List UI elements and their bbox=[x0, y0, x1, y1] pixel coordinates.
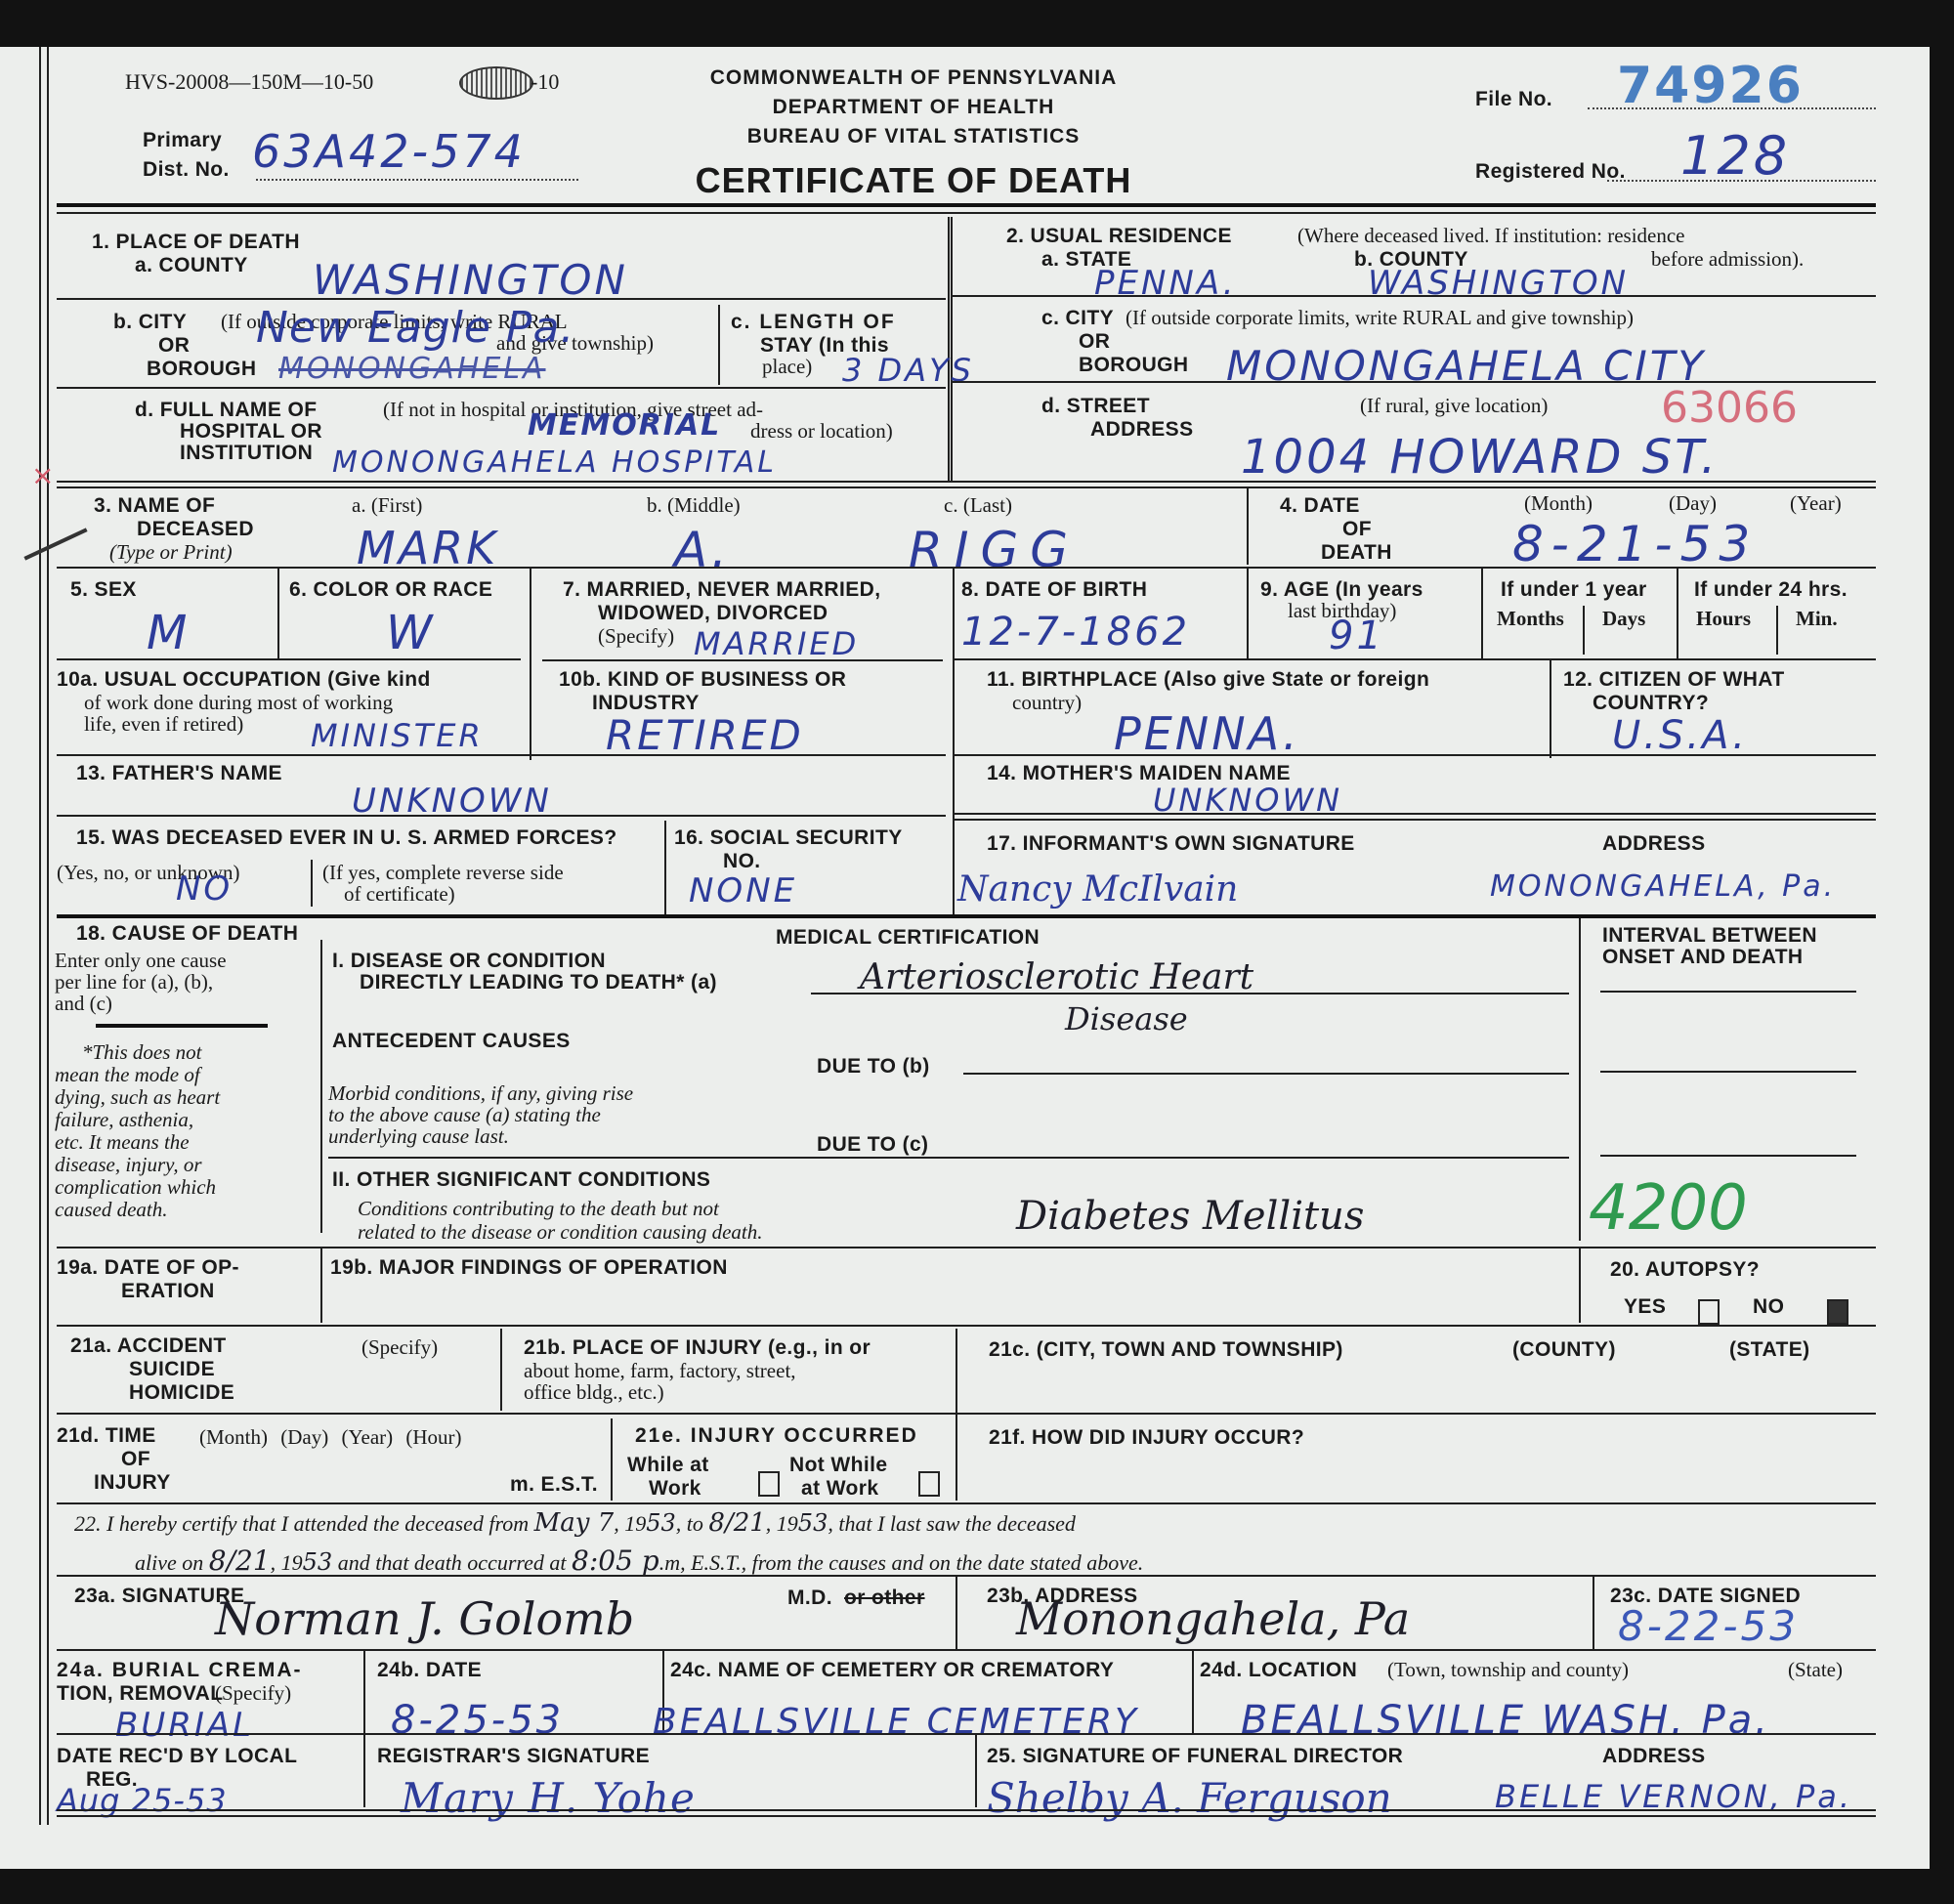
operation-findings-label: 19b. MAJOR FINDINGS OF OPERATION bbox=[330, 1256, 728, 1279]
marital-label-2: WIDOWED, DIVORCED bbox=[598, 602, 828, 624]
armed-forces-value: NO bbox=[176, 869, 233, 909]
rule bbox=[57, 1575, 1876, 1577]
morbid-3: underlying cause last. bbox=[328, 1125, 509, 1148]
race-label: 6. COLOR OR RACE bbox=[289, 578, 492, 601]
how-injury-label: 21f. HOW DID INJURY OCCUR? bbox=[989, 1426, 1304, 1449]
certify-text: , to bbox=[676, 1511, 703, 1536]
divider bbox=[718, 305, 720, 385]
armed-sub-2b: of certificate) bbox=[344, 883, 455, 906]
cause-note-line: mean the mode of bbox=[55, 1064, 311, 1086]
accident-specify: (Specify) bbox=[361, 1336, 438, 1359]
physician-signature-value: Norman J. Golomb bbox=[215, 1592, 634, 1645]
certify-text: .m, E.S.T., from the causes and on the d… bbox=[659, 1550, 1144, 1575]
time-of-death-value: 8:05 p bbox=[572, 1544, 659, 1577]
dod-year-label: (Year) bbox=[1790, 492, 1842, 515]
interval-line-a bbox=[1600, 991, 1856, 993]
header-rule bbox=[57, 203, 1876, 207]
last-name-label: c. (Last) bbox=[944, 494, 1012, 517]
other-note-1: Conditions contributing to the death but… bbox=[358, 1198, 719, 1220]
cause-note-line: *This does not bbox=[55, 1041, 311, 1064]
citizen-value: U.S.A. bbox=[1612, 713, 1748, 758]
min-label: Min. bbox=[1796, 608, 1838, 630]
rule bbox=[57, 914, 1876, 918]
autopsy-no-checkbox-checked[interactable] bbox=[1827, 1299, 1848, 1325]
rule bbox=[57, 1649, 1876, 1651]
rule bbox=[96, 1024, 268, 1028]
cause-note-line: disease, injury, or bbox=[55, 1154, 311, 1176]
street-address-value: 1004 HOWARD ST. bbox=[1241, 430, 1719, 485]
due-to-c-label: DUE TO (c) bbox=[817, 1133, 928, 1156]
divider bbox=[1776, 606, 1778, 655]
residence-county-value: WASHINGTON bbox=[1368, 264, 1629, 303]
department: DEPARTMENT OF HEALTH bbox=[0, 96, 1827, 119]
autopsy-label: 20. AUTOPSY? bbox=[1610, 1258, 1760, 1281]
hospital-insert-value: MEMORIAL bbox=[528, 408, 721, 443]
residence-note-2: before admission). bbox=[1651, 248, 1804, 271]
certify-text: , 19 bbox=[614, 1511, 646, 1536]
informant-address-value: MONONGAHELA, Pa. bbox=[1490, 869, 1836, 904]
divider bbox=[948, 217, 953, 483]
age-label-1: 9. AGE (In years bbox=[1260, 578, 1423, 601]
accident-label-1: 21a. ACCIDENT bbox=[70, 1334, 227, 1357]
time-injury-label-1: 21d. TIME bbox=[57, 1424, 156, 1447]
hours-label: Hours bbox=[1696, 608, 1751, 630]
disposition-value: BURIAL bbox=[115, 1706, 254, 1745]
registered-no-value: 128 bbox=[1680, 125, 1790, 187]
street-note: (If rural, give location) bbox=[1360, 395, 1548, 417]
rule bbox=[57, 815, 946, 817]
dod-label-3: DEATH bbox=[1321, 541, 1392, 564]
hospital-label-1: d. FULL NAME OF bbox=[135, 399, 317, 421]
marital-label-1: 7. MARRIED, NEVER MARRIED, bbox=[563, 578, 880, 601]
residence-state-value: PENNA. bbox=[1094, 264, 1237, 303]
length-of-stay-value: 3 DAYS bbox=[842, 352, 974, 389]
burial-date-label: 24b. DATE bbox=[377, 1659, 482, 1681]
place-injury-label-1: 21b. PLACE OF INJURY (e.g., in or bbox=[524, 1336, 871, 1359]
birthplace-label-2: country) bbox=[1012, 692, 1082, 714]
under-1-year-label: If under 1 year bbox=[1501, 578, 1647, 601]
ssn-label-2: NO. bbox=[723, 850, 761, 872]
name-label-1: 3. NAME OF bbox=[94, 494, 215, 517]
months-label: Months bbox=[1497, 608, 1564, 630]
divider bbox=[1550, 660, 1551, 758]
attended-from-value: May 7 bbox=[534, 1508, 615, 1538]
attended-to-year-value: 53 bbox=[798, 1509, 828, 1537]
divider bbox=[953, 660, 955, 758]
residence-city-note: (If outside corporate limits, write RURA… bbox=[1126, 307, 1634, 329]
burial-date-value: 8-25-53 bbox=[391, 1698, 564, 1743]
certify-text: , that I last saw the deceased bbox=[828, 1511, 1076, 1536]
hospital-note-2: dress or location) bbox=[750, 420, 893, 443]
middle-name-label: b. (Middle) bbox=[647, 494, 741, 517]
stay-label-1: c. LENGTH OF bbox=[731, 311, 896, 333]
injury-state-label: (STATE) bbox=[1729, 1338, 1810, 1361]
cemetery-value: BEALLSVILLE CEMETERY bbox=[653, 1702, 1139, 1742]
divider bbox=[320, 1248, 322, 1323]
dod-day-label: (Day) bbox=[1669, 492, 1717, 515]
due-to-b-label: DUE TO (b) bbox=[817, 1055, 930, 1078]
hospital-value: MONONGAHELA HOSPITAL bbox=[332, 445, 777, 480]
cause-instr-2: per line for (a), (b), bbox=[55, 971, 213, 994]
rule bbox=[953, 754, 1876, 756]
dod-month-label: (Month) bbox=[1524, 492, 1593, 515]
marital-value: MARRIED bbox=[694, 625, 859, 662]
first-name-label: a. (First) bbox=[352, 494, 422, 517]
mest-label: m. E.S.T. bbox=[510, 1473, 598, 1496]
father-label: 13. FATHER'S NAME bbox=[76, 762, 282, 784]
street-label-2: ADDRESS bbox=[1090, 418, 1193, 441]
certify-text: and that death occurred at bbox=[338, 1550, 567, 1575]
dod-label-2: OF bbox=[1342, 518, 1372, 540]
divider bbox=[320, 940, 322, 1233]
autopsy-yes-checkbox[interactable] bbox=[1698, 1299, 1720, 1325]
rule bbox=[57, 658, 521, 660]
divider bbox=[975, 1735, 977, 1807]
while-at-work-checkbox[interactable] bbox=[758, 1471, 780, 1497]
divider bbox=[953, 569, 955, 658]
residence-city-or: OR bbox=[1079, 330, 1110, 353]
cause-note-line: complication which bbox=[55, 1176, 311, 1199]
red-x-mark: × bbox=[31, 459, 54, 491]
disease-label-1: I. DISEASE OR CONDITION bbox=[332, 950, 606, 972]
date-of-birth-value: 12-7-1862 bbox=[961, 610, 1190, 655]
interval-label-1: INTERVAL BETWEEN bbox=[1602, 924, 1817, 947]
burial-type-specify: (Specify) bbox=[215, 1682, 291, 1705]
cause-label: 18. CAUSE OF DEATH bbox=[76, 922, 298, 945]
place-of-death-label: 1. PLACE OF DEATH bbox=[92, 231, 300, 253]
divider bbox=[1247, 487, 1249, 565]
location-state-label: (State) bbox=[1788, 1659, 1843, 1681]
funeral-director-label: 25. SIGNATURE OF FUNERAL DIRECTOR bbox=[987, 1745, 1403, 1767]
date-signed-value: 8-22-53 bbox=[1618, 1602, 1799, 1650]
disease-value-2: Disease bbox=[1065, 1000, 1188, 1037]
rule bbox=[57, 1733, 1876, 1735]
dod-label-1: 4. DATE bbox=[1280, 494, 1360, 517]
rule bbox=[57, 1502, 1876, 1504]
occupation-label-2: of work done during most of working bbox=[84, 692, 393, 714]
age-value: 91 bbox=[1329, 614, 1384, 658]
injury-occurred-label: 21e. INJURY OCCURRED bbox=[635, 1424, 918, 1447]
last-name-value: RIGG bbox=[909, 522, 1080, 578]
commonwealth: COMMONWEALTH OF PENNSYLVANIA bbox=[0, 66, 1827, 90]
cause-note-line: dying, such as heart bbox=[55, 1086, 311, 1109]
left-margin-rule bbox=[39, 47, 49, 1825]
rule bbox=[57, 298, 946, 300]
place-injury-label-2: about home, farm, factory, street, bbox=[524, 1360, 796, 1382]
city-label: b. CITY bbox=[113, 311, 187, 333]
divider bbox=[1579, 918, 1581, 1241]
rule bbox=[953, 658, 1876, 660]
cause-note: *This does not mean the mode of dying, s… bbox=[55, 1041, 311, 1221]
business-value: RETIRED bbox=[606, 711, 804, 759]
disease-value-1: Arteriosclerotic Heart bbox=[860, 957, 1253, 997]
place-injury-label-3: office bldg., etc.) bbox=[524, 1381, 664, 1404]
certify-line-1: 22. I hereby certify that I attended the… bbox=[74, 1512, 1076, 1535]
not-work-1: Not While bbox=[789, 1454, 887, 1476]
injury-city-label: 21c. (CITY, TOWN AND TOWNSHIP) bbox=[989, 1338, 1343, 1361]
divider bbox=[611, 1418, 613, 1501]
middle-name-value: A. bbox=[674, 522, 730, 578]
ssn-label-1: 16. SOCIAL SECURITY bbox=[674, 826, 903, 849]
divider bbox=[956, 1329, 957, 1501]
birthplace-label-1: 11. BIRTHPLACE (Also give State or forei… bbox=[987, 668, 1429, 691]
autopsy-yes-label: YES bbox=[1624, 1295, 1666, 1318]
burial-type-label-2: TION, REMOVAL bbox=[57, 1682, 223, 1705]
disease-label-2: DIRECTLY LEADING TO DEATH* (a) bbox=[360, 971, 717, 994]
rule bbox=[57, 1247, 1876, 1248]
days-label: Days bbox=[1602, 608, 1645, 630]
while-work-1: While at bbox=[627, 1454, 709, 1476]
registered-no-label: Registered No. bbox=[1475, 160, 1626, 183]
accident-label-3: HOMICIDE bbox=[129, 1381, 234, 1404]
cause-instr-1: Enter only one cause bbox=[55, 950, 227, 972]
dob-label: 8. DATE OF BIRTH bbox=[961, 578, 1147, 601]
city-borough: BOROUGH bbox=[147, 358, 256, 380]
hospital-label-2: HOSPITAL OR bbox=[180, 420, 322, 443]
divider bbox=[277, 569, 279, 658]
other-note-2: related to the disease or condition caus… bbox=[358, 1221, 763, 1244]
header-rule-2 bbox=[57, 212, 1876, 214]
city-or: OR bbox=[158, 334, 190, 357]
death-county-value: WASHINGTON bbox=[313, 256, 628, 304]
residence-city-borough: BOROUGH bbox=[1079, 354, 1188, 376]
accident-label-2: SUICIDE bbox=[129, 1358, 215, 1380]
sex-value: M bbox=[147, 606, 190, 660]
file-no-value: 74926 bbox=[1617, 57, 1804, 115]
divider bbox=[500, 1329, 502, 1411]
time-injury-columns: (Month) (Day) (Year) (Hour) bbox=[199, 1426, 462, 1449]
divider bbox=[664, 821, 666, 914]
burial-type-label-1: 24a. BURIAL CREMA- bbox=[57, 1659, 302, 1681]
name-label-3: (Type or Print) bbox=[109, 541, 233, 564]
residence-code-stamp: 63066 bbox=[1661, 383, 1798, 433]
rule bbox=[963, 1073, 1569, 1075]
occupation-label-1: 10a. USUAL OCCUPATION (Give kind bbox=[57, 668, 431, 691]
rule bbox=[57, 387, 946, 389]
cause-code-value: 4200 bbox=[1589, 1172, 1748, 1245]
interval-label-2: ONSET AND DEATH bbox=[1602, 946, 1804, 968]
street-label-1: d. STREET bbox=[1041, 395, 1150, 417]
morbid-2: to the above cause (a) stating the bbox=[328, 1104, 601, 1126]
date-received-value: Aug 25-53 bbox=[57, 1782, 228, 1819]
other-conditions-value: Diabetes Mellitus bbox=[1016, 1194, 1364, 1239]
operation-date-label-1: 19a. DATE OF OP- bbox=[57, 1256, 239, 1279]
time-injury-label-2: OF bbox=[121, 1448, 150, 1470]
cause-instr-3: and (c) bbox=[55, 993, 112, 1015]
interval-line-c bbox=[1600, 1155, 1856, 1157]
armed-forces-label: 15. WAS DECEASED EVER IN U. S. ARMED FOR… bbox=[76, 826, 617, 849]
occupation-value: MINISTER bbox=[311, 717, 484, 754]
certify-text: alive on bbox=[135, 1550, 203, 1575]
hospital-label-3: INSTITUTION bbox=[180, 442, 313, 464]
last-seen-alive-value: 8/21 bbox=[209, 1544, 271, 1577]
divider bbox=[1579, 1248, 1581, 1323]
name-label-2: DECEASED bbox=[137, 518, 254, 540]
informant-label: 17. INFORMANT'S OWN SIGNATURE bbox=[987, 832, 1355, 855]
certify-text: , 19 bbox=[766, 1511, 798, 1536]
death-city-value: New Eagle Pa. bbox=[256, 303, 574, 353]
location-note: (Town, township and county) bbox=[1387, 1659, 1629, 1681]
armed-sub-2a: (If yes, complete reverse side bbox=[322, 862, 564, 884]
divider bbox=[1583, 606, 1585, 655]
morbid-1: Morbid conditions, if any, giving rise bbox=[328, 1082, 633, 1105]
birthplace-value: PENNA. bbox=[1114, 707, 1300, 760]
rule bbox=[57, 1815, 1876, 1817]
last-seen-year-value: 53 bbox=[303, 1548, 333, 1576]
divider bbox=[1481, 569, 1483, 658]
divider bbox=[956, 1577, 957, 1651]
while-work-2: Work bbox=[649, 1477, 701, 1500]
registrar-signature-label: REGISTRAR'S SIGNATURE bbox=[377, 1745, 650, 1767]
attended-to-value: 8/21 bbox=[708, 1508, 765, 1538]
not-work-2: at Work bbox=[801, 1477, 878, 1500]
bureau: BUREAU OF VITAL STATISTICS bbox=[0, 125, 1827, 148]
antecedent-label: ANTECEDENT CAUSES bbox=[332, 1030, 571, 1052]
injury-county-label: (COUNTY) bbox=[1512, 1338, 1616, 1361]
rule bbox=[953, 819, 1876, 821]
death-city-struck-value: MONONGAHELA bbox=[278, 352, 546, 386]
cause-note-line: failure, asthenia, bbox=[55, 1109, 311, 1131]
file-no-label: File No. bbox=[1475, 88, 1552, 110]
divider bbox=[363, 1651, 365, 1733]
citizen-label-1: 12. CITIZEN OF WHAT bbox=[1563, 668, 1785, 691]
other-conditions-label: II. OTHER SIGNIFICANT CONDITIONS bbox=[332, 1168, 710, 1191]
divider bbox=[1192, 1651, 1194, 1733]
rule bbox=[57, 567, 1876, 569]
funeral-address-label: ADDRESS bbox=[1602, 1745, 1705, 1767]
under-24-hrs-label: If under 24 hrs. bbox=[1694, 578, 1848, 601]
race-value: W bbox=[386, 606, 435, 660]
divider bbox=[1677, 569, 1678, 658]
rule bbox=[328, 1157, 1569, 1159]
certify-text: 22. I hereby certify that I attended the… bbox=[74, 1511, 529, 1536]
residence-label: 2. USUAL RESIDENCE bbox=[1006, 225, 1232, 247]
informant-address-label: ADDRESS bbox=[1602, 832, 1705, 855]
divider bbox=[953, 758, 955, 918]
not-at-work-checkbox[interactable] bbox=[918, 1471, 940, 1497]
medical-certification-label: MEDICAL CERTIFICATION bbox=[776, 926, 1040, 949]
certify-text: , 19 bbox=[271, 1550, 303, 1575]
time-injury-label-3: INJURY bbox=[94, 1471, 171, 1494]
attended-from-year-value: 53 bbox=[646, 1509, 676, 1537]
cemetery-label: 24c. NAME OF CEMETERY OR CREMATORY bbox=[670, 1659, 1114, 1681]
divider bbox=[363, 1735, 365, 1807]
occupation-label-3: life, even if retired) bbox=[84, 713, 243, 736]
business-label-1: 10b. KIND OF BUSINESS OR bbox=[559, 668, 846, 691]
location-label: 24d. LOCATION bbox=[1200, 1659, 1357, 1681]
rule bbox=[57, 1413, 1876, 1415]
rule bbox=[57, 1325, 1876, 1327]
informant-signature-value: Nancy McIlvain bbox=[957, 869, 1238, 910]
date-received-label-1: DATE REC'D BY LOCAL bbox=[57, 1745, 297, 1767]
divider bbox=[530, 569, 531, 760]
physician-address-value: Monongahela, Pa bbox=[1016, 1592, 1410, 1645]
autopsy-no-label: NO bbox=[1753, 1295, 1784, 1318]
cause-note-line: caused death. bbox=[55, 1199, 311, 1221]
county-label: a. COUNTY bbox=[135, 254, 248, 276]
rule bbox=[57, 754, 946, 756]
operation-date-label-2: ERATION bbox=[121, 1280, 215, 1302]
divider bbox=[1593, 1577, 1594, 1651]
or-other-struck: or other bbox=[844, 1587, 925, 1609]
rule bbox=[542, 659, 943, 661]
ssn-value: NONE bbox=[689, 871, 797, 910]
rule bbox=[57, 1809, 1876, 1811]
cause-note-line: etc. It means the bbox=[55, 1131, 311, 1154]
stay-label-3: place) bbox=[762, 356, 812, 378]
burial-location-value: BEALLSVILLE WASH. Pa. bbox=[1241, 1698, 1770, 1743]
date-of-death-value: 8-21-53 bbox=[1512, 516, 1758, 572]
rule bbox=[953, 813, 1876, 815]
rule bbox=[953, 295, 1876, 297]
rule bbox=[57, 487, 1876, 488]
marital-label-3: (Specify) bbox=[598, 625, 674, 648]
residence-city-label: c. CITY bbox=[1041, 307, 1114, 329]
certify-line-2: alive on 8/21, 1953 and that death occur… bbox=[135, 1549, 1143, 1574]
interval-line-b bbox=[1600, 1071, 1856, 1073]
divider bbox=[1247, 569, 1249, 658]
divider bbox=[311, 860, 313, 907]
citizen-label-2: COUNTRY? bbox=[1593, 692, 1709, 714]
md-label: M.D. bbox=[787, 1587, 832, 1609]
sex-label: 5. SEX bbox=[70, 578, 137, 601]
residence-note-1: (Where deceased lived. If institution: r… bbox=[1297, 225, 1685, 247]
